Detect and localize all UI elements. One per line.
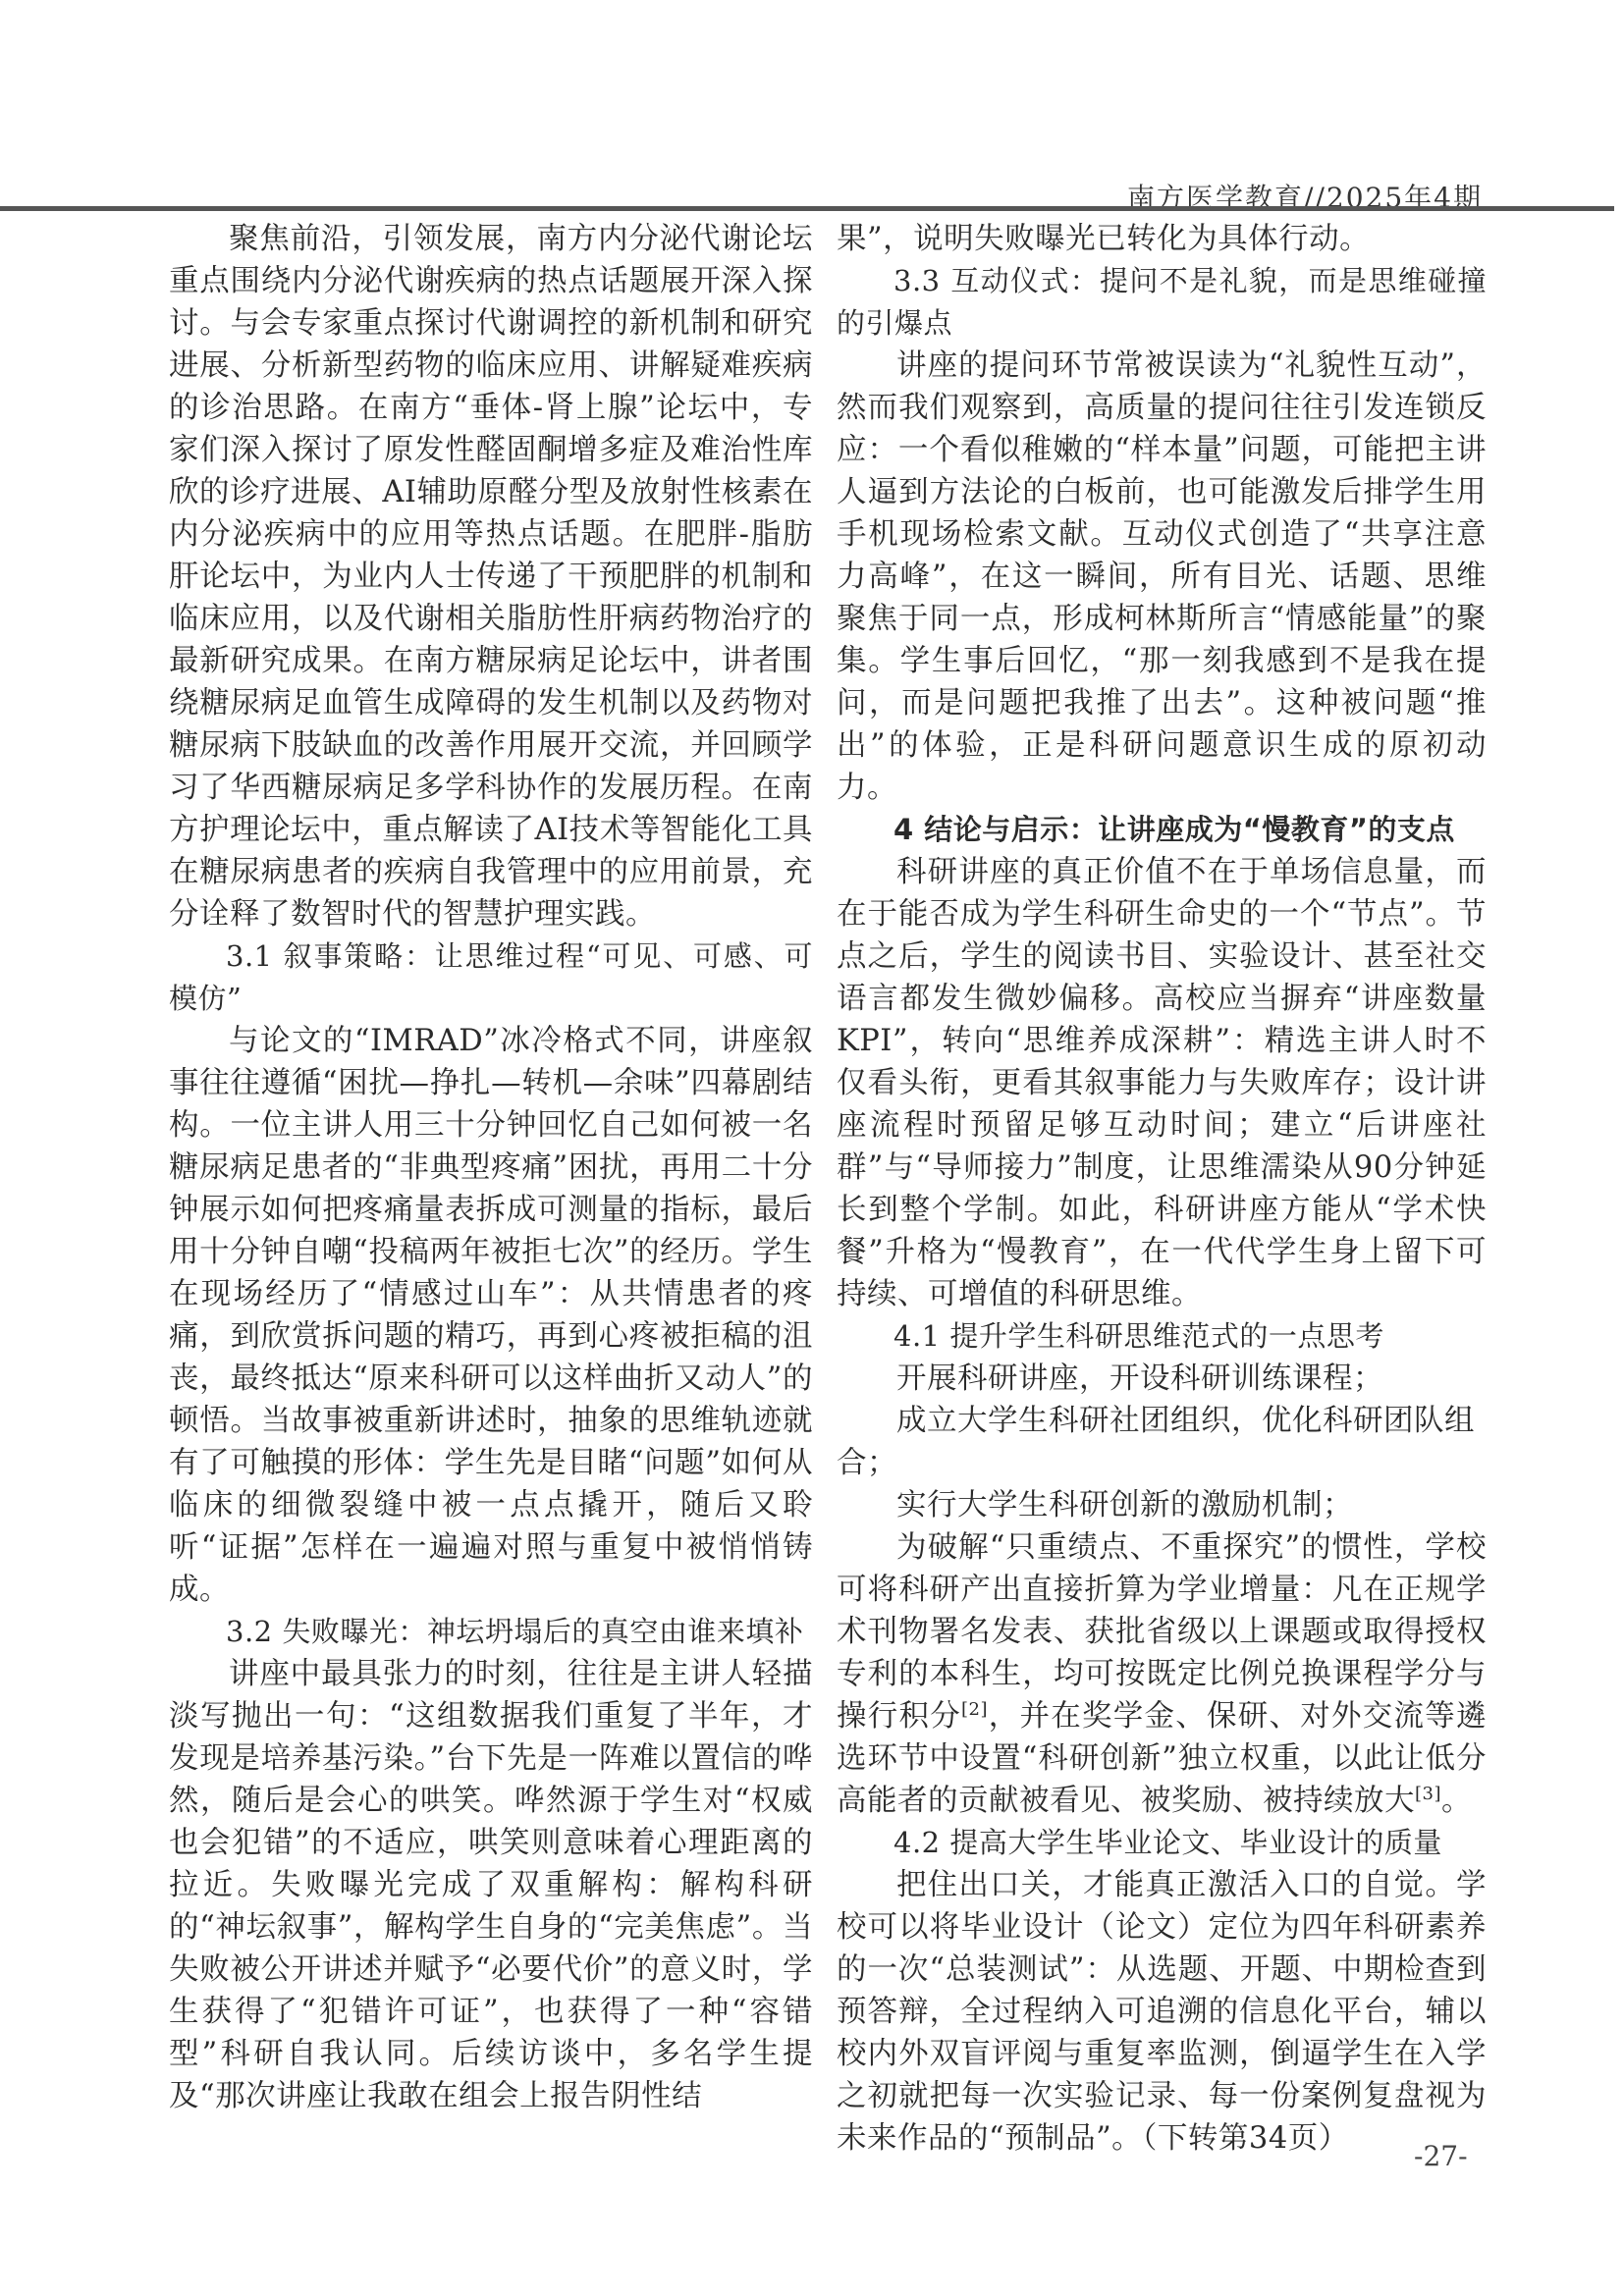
section-heading-4-1: 4.1 提升学生科研思维范式的一点思考 xyxy=(837,1315,1487,1358)
section-heading-3-1: 3.1 叙事策略：让思维过程“可见、可感、可模仿” xyxy=(169,935,813,1020)
citation-ref-2[interactable]: [2] xyxy=(961,1699,988,1720)
section-heading-4-2: 4.2 提高大学生毕业论文、毕业设计的质量 xyxy=(837,1822,1487,1864)
citation-ref-3[interactable]: [3] xyxy=(1415,1784,1441,1804)
body-paragraph: 科研讲座的真正价值不在于单场信息量，而在于能否成为学生科研生命史的一个“节点”。… xyxy=(837,851,1487,1315)
body-paragraph: 把住出口关，才能真正激活入口的自觉。学校可以将毕业设计（论文）定位为四年科研素养… xyxy=(837,1864,1487,2160)
running-header: 南方医学教育//2025年4期 xyxy=(137,177,1483,206)
section-heading-3-2: 3.2 失败曝光：神坛坍塌后的真空由谁来填补 xyxy=(169,1611,813,1653)
right-column: 果”，说明失败曝光已转化为具体行动。 3.3 互动仪式：提问不是礼貌，而是思维碰… xyxy=(837,218,1487,2160)
body-paragraph: 讲座的提问环节常被误读为“礼貌性互动”，然而我们观察到，高质量的提问往往引发连锁… xyxy=(837,345,1487,809)
page-number: -27- xyxy=(1414,2140,1468,2172)
section-heading-4: 4 结论与启示：让讲座成为“慢教育”的支点 xyxy=(837,809,1487,851)
header-rule-divider xyxy=(0,206,1614,211)
list-item: 成立大学生科研社团组织，优化科研团队组合； xyxy=(837,1400,1487,1484)
paragraph-text: 。 xyxy=(1441,1784,1472,1818)
body-paragraph: 与论文的“IMRAD”冰冷格式不同，讲座叙事往往遵循“困扰—挣扎—转机—余味”四… xyxy=(169,1020,813,1611)
list-item: 开展科研讲座，开设科研训练课程； xyxy=(837,1358,1487,1400)
body-paragraph: 讲座中最具张力的时刻，往往是主讲人轻描淡写抛出一句：“这组数据我们重复了半年，才… xyxy=(169,1653,813,2117)
left-column: 聚焦前沿，引领发展，南方内分泌代谢论坛重点围绕内分泌代谢疾病的热点话题展开深入探… xyxy=(169,218,813,2117)
body-paragraph: 为破解“只重绩点、不重探究”的惯性，学校可将科研产出直接折算为学业增量：凡在正规… xyxy=(837,1526,1487,1822)
body-paragraph-continued: 果”，说明失败曝光已转化为具体行动。 xyxy=(837,218,1487,260)
section-heading-3-3: 3.3 互动仪式：提问不是礼貌，而是思维碰撞的引爆点 xyxy=(837,260,1487,345)
body-paragraph: 聚焦前沿，引领发展，南方内分泌代谢论坛重点围绕内分泌代谢疾病的热点话题展开深入探… xyxy=(169,218,813,935)
list-item: 实行大学生科研创新的激励机制； xyxy=(837,1484,1487,1526)
